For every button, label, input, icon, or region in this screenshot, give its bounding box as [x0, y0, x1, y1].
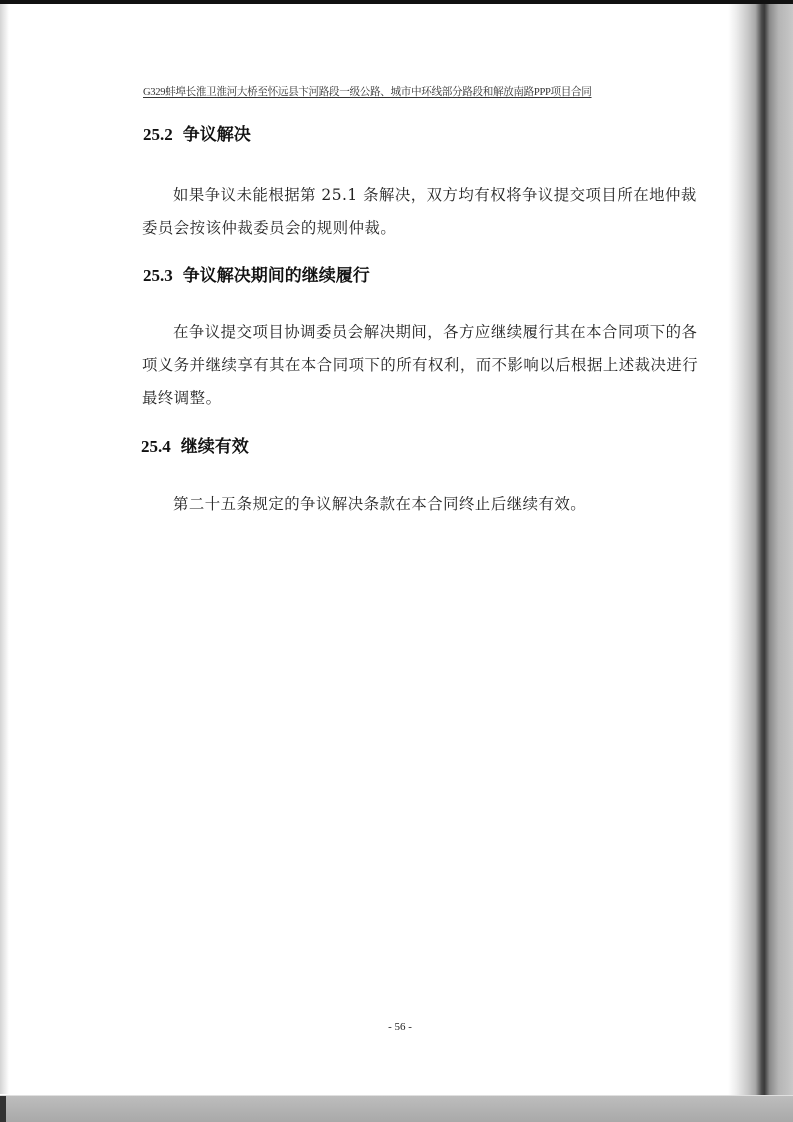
scan-bottom-edge [0, 1095, 793, 1122]
section-heading-25-4: 25.4继续有效 [141, 436, 249, 458]
section-title: 争议解决 [183, 125, 251, 144]
running-header: G329蚌埠长淮卫淮河大桥至怀远县卞河路段一级公路、城市中环线部分路段和解放南路… [143, 86, 643, 100]
section-title: 争议解决期间的继续履行 [183, 266, 370, 285]
section-number: 25.3 [143, 266, 173, 285]
section-body-25-4: 第二十五条规定的争议解决条款在本合同终止后继续有效。 [142, 488, 702, 521]
section-heading-25-2: 25.2争议解决 [143, 124, 251, 146]
section-number: 25.2 [143, 125, 173, 144]
section-title: 继续有效 [181, 437, 249, 456]
section-body-25-3: 在争议提交项目协调委员会解决期间，各方应继续履行其在本合同项下的各项义务并继续享… [142, 316, 702, 415]
document-page: G329蚌埠长淮卫淮河大桥至怀远县卞河路段一级公路、城市中环线部分路段和解放南路… [0, 0, 793, 1094]
section-number: 25.4 [141, 437, 171, 456]
page-number: - 56 - [380, 1021, 420, 1033]
section-heading-25-3: 25.3争议解决期间的继续履行 [143, 265, 370, 287]
section-body-25-2: 如果争议未能根据第 25.1 条解决，双方均有权将争议提交项目所在地仲裁委员会按… [142, 179, 702, 245]
